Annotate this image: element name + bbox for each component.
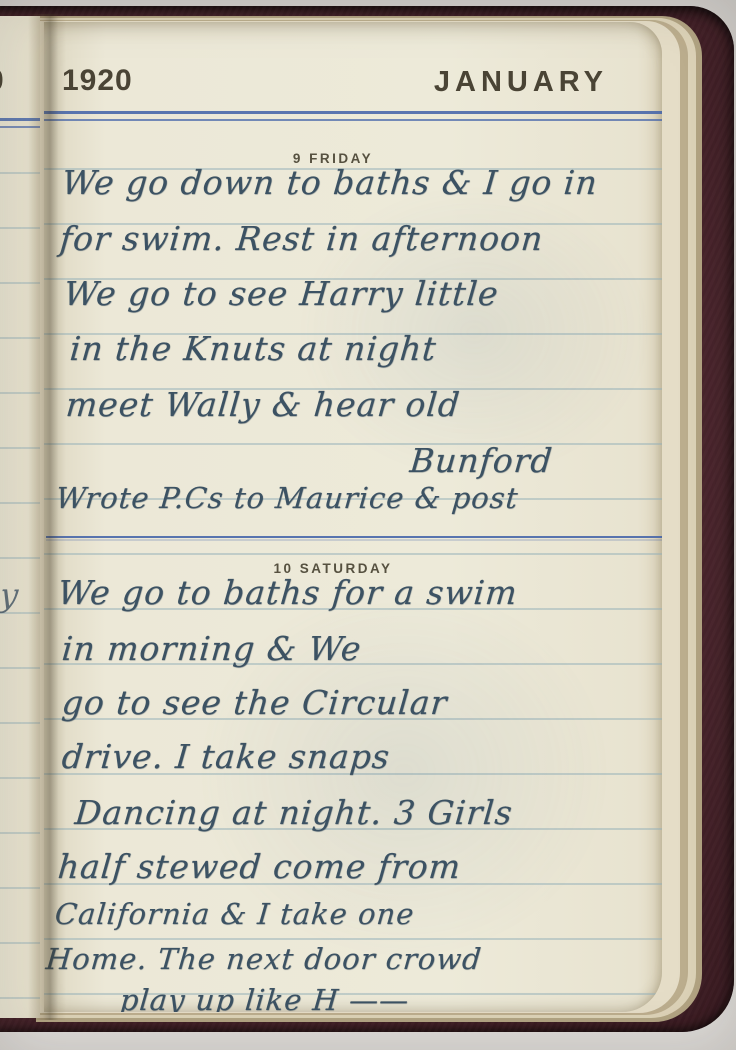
handwritten-line: We go to baths for a swim bbox=[57, 576, 520, 609]
diary-photo: 0 y 1920 JANUARY 9 FRIDAY We go down to … bbox=[0, 0, 736, 1050]
handwritten-line: We go down to baths & I go in bbox=[61, 166, 600, 199]
handwritten-line: go to see the Circular bbox=[61, 686, 449, 719]
handwritten-line: in morning & We bbox=[61, 632, 363, 665]
year-fragment: 0 bbox=[0, 64, 4, 98]
diary-page: 1920 JANUARY 9 FRIDAY We go down to bath… bbox=[44, 22, 662, 1012]
header-rule bbox=[44, 119, 662, 121]
handwritten-line: play up like H —— bbox=[119, 986, 411, 1012]
handwritten-line: half stewed come from bbox=[57, 850, 463, 883]
handwritten-line: for swim. Rest in afternoon bbox=[59, 222, 545, 255]
handwritten-line: We go to see Harry little bbox=[63, 277, 501, 310]
handwritten-line: Wrote P.Cs to Maurice & post bbox=[55, 484, 520, 513]
printed-month: JANUARY bbox=[434, 66, 608, 99]
gutter-shadow bbox=[28, 14, 66, 1020]
handwritten-line: drive. I take snaps bbox=[61, 740, 392, 773]
handwritten-line: Home. The next door crowd bbox=[45, 945, 483, 974]
handwritten-line: California & I take one bbox=[54, 900, 416, 929]
handwritten-line: meet Wally & hear old bbox=[65, 388, 462, 421]
handwritten-line: Dancing at night. 3 Girls bbox=[74, 796, 515, 829]
section-rule bbox=[46, 536, 662, 538]
printed-year: 1920 bbox=[62, 64, 133, 98]
header-rule bbox=[44, 111, 662, 114]
handwritten-line: Bunford bbox=[409, 444, 555, 477]
handwritten-line: in the Knuts at night bbox=[69, 332, 438, 365]
